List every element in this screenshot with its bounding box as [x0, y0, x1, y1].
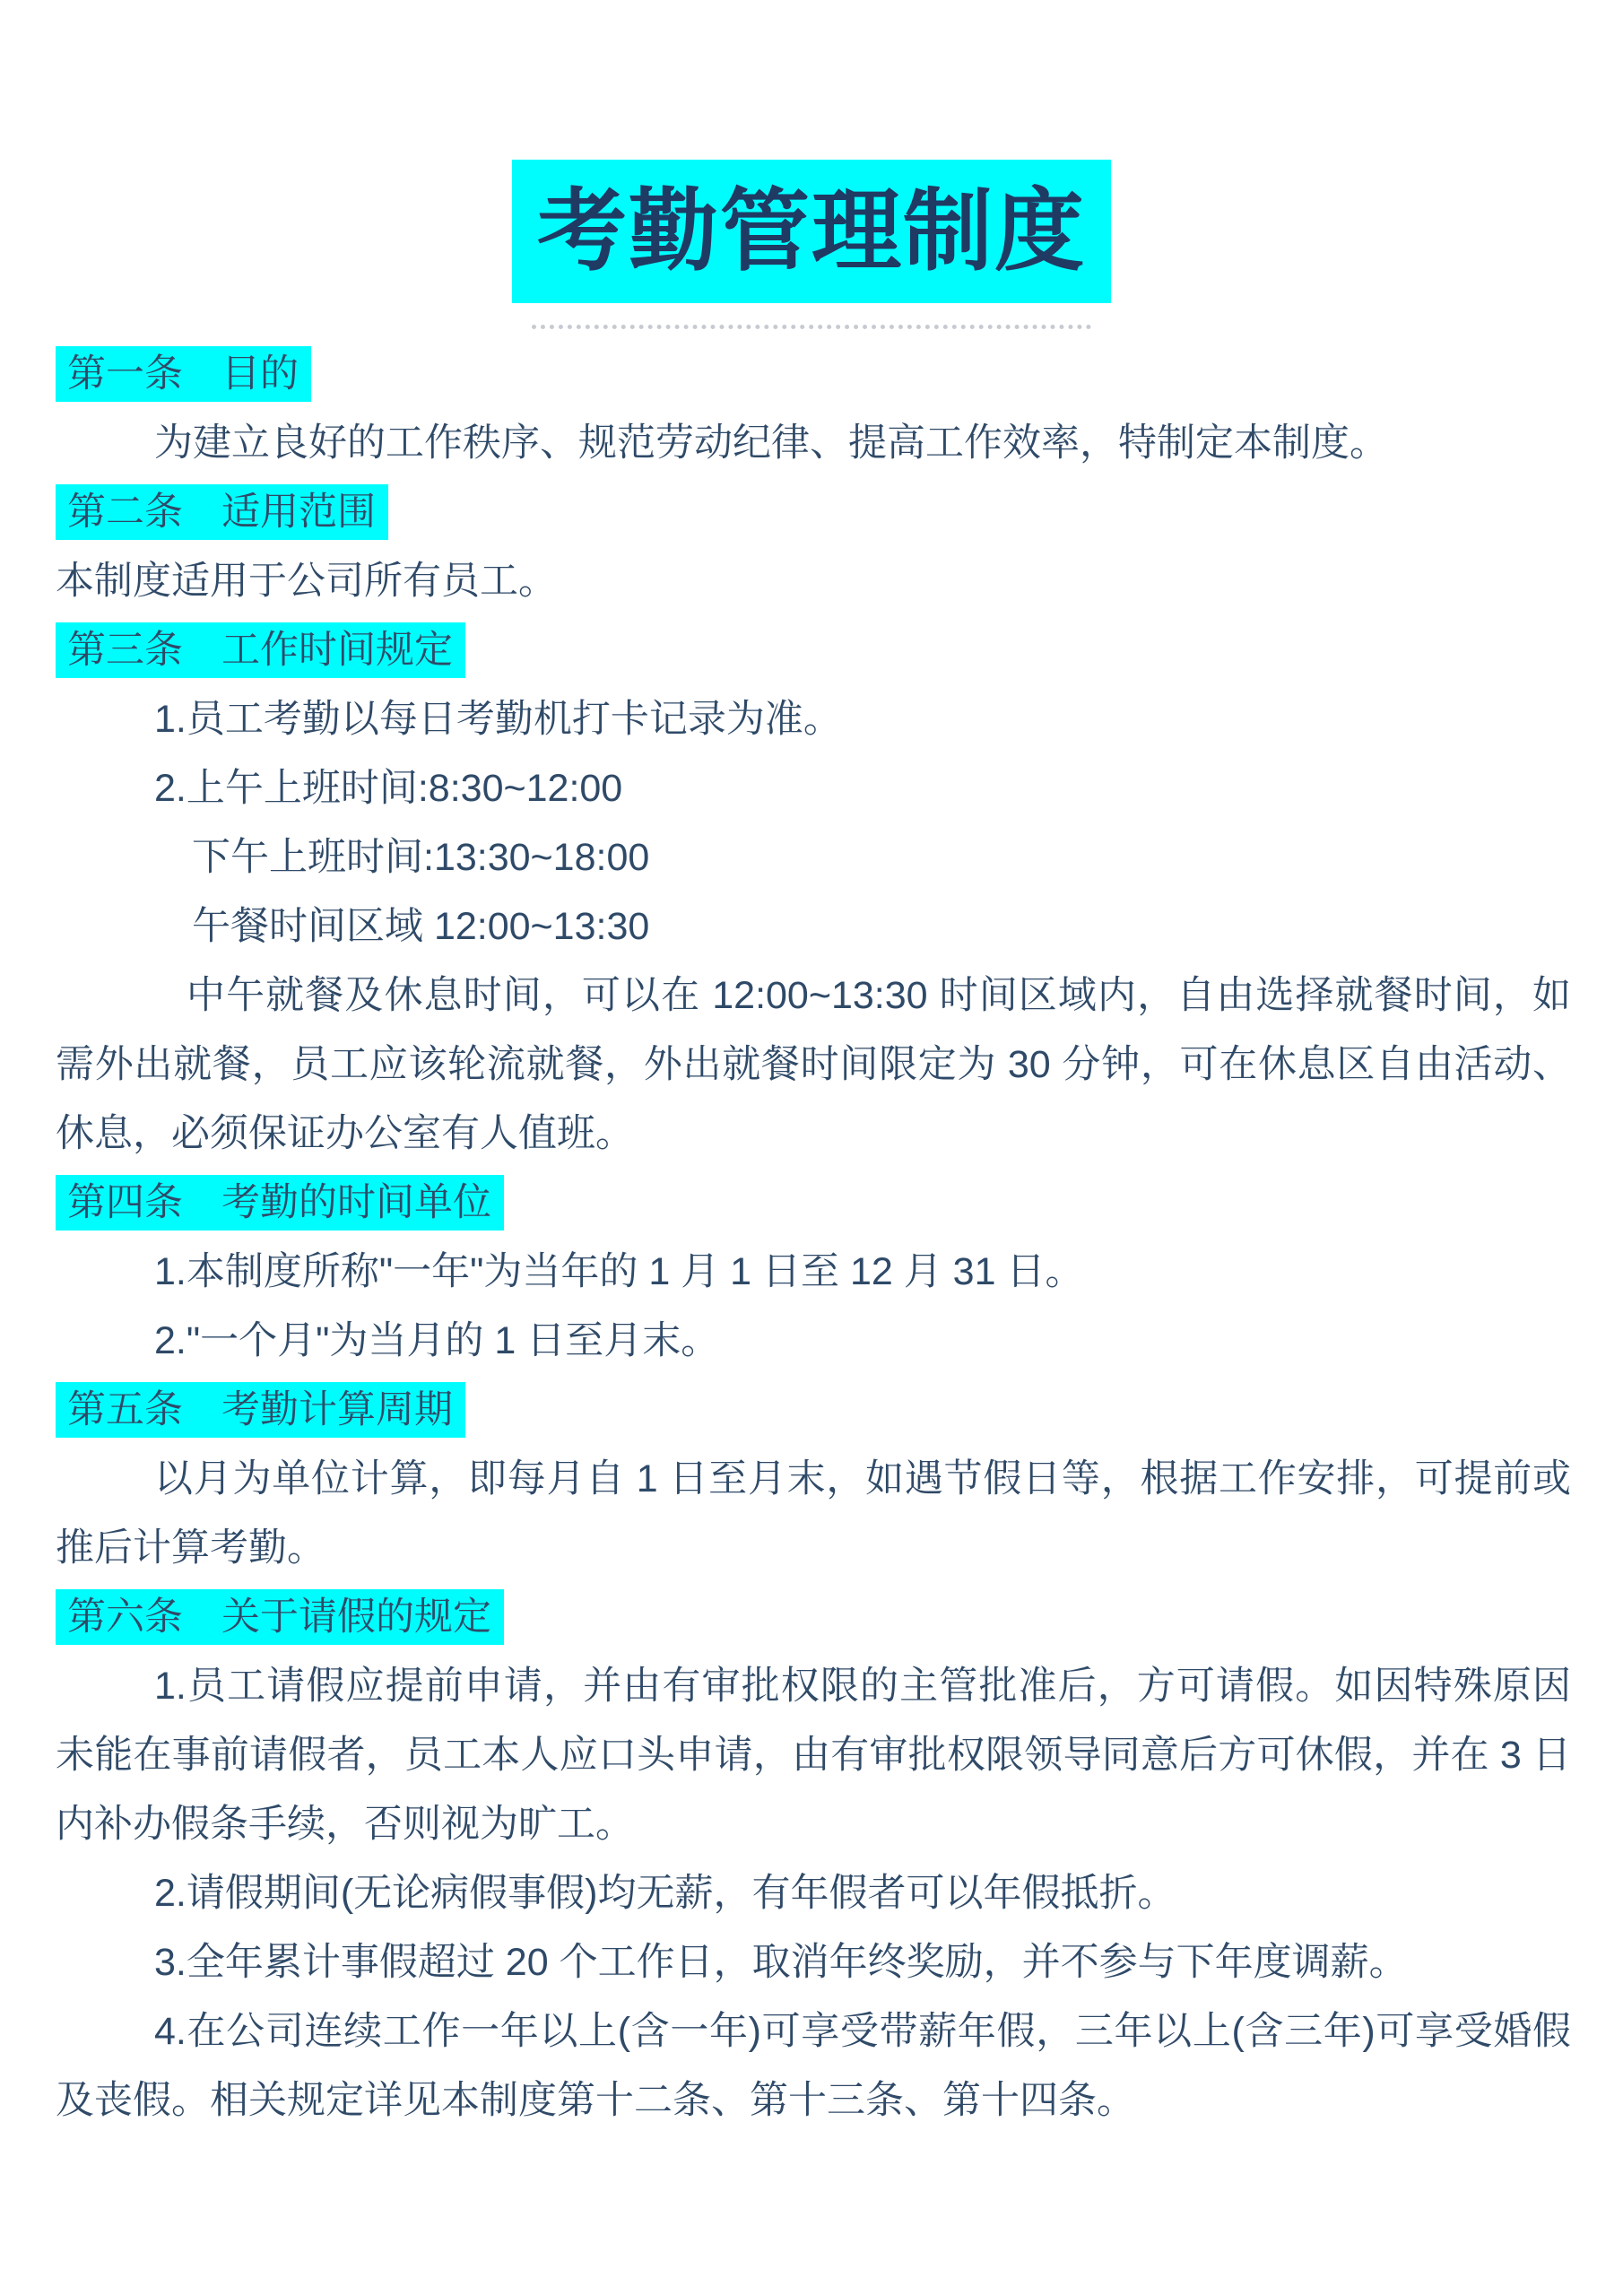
section-heading: 第二条 适用范围	[56, 478, 1571, 547]
paragraph: 4.在公司连续工作一年以上(含一年)可享受带薪年假，三年以上(含三年)可享受婚假…	[56, 1997, 1571, 2135]
paragraph: 2."一个月"为当月的 1 日至月末。	[56, 1307, 1571, 1376]
section-attendance-cycle: 第五条 考勤计算周期 以月为单位计算，即每月自 1 日至月末，如遇节假日等，根据…	[56, 1376, 1571, 1583]
section-leave-rules: 第六条 关于请假的规定 1.员工请假应提前申请，并由有审批权限的主管批准后，方可…	[56, 1583, 1571, 2135]
section-heading: 第四条 考勤的时间单位	[56, 1169, 1571, 1238]
section-purpose: 第一条 目的 为建立良好的工作秩序、规范劳动纪律、提高工作效率，特制定本制度。	[56, 340, 1571, 478]
document-header: 考勤管理制度	[0, 0, 1623, 329]
paragraph: 1.本制度所称"一年"为当年的 1 月 1 日至 12 月 31 日。	[56, 1238, 1571, 1307]
paragraph: 以月为单位计算，即每月自 1 日至月末，如遇节假日等，根据工作安排，可提前或推后…	[56, 1445, 1571, 1583]
section-heading-highlight: 第四条 考勤的时间单位	[56, 1175, 504, 1231]
section-heading: 第五条 考勤计算周期	[56, 1376, 1571, 1445]
attendance-policy-document: 考勤管理制度 第一条 目的 为建立良好的工作秩序、规范劳动纪律、提高工作效率，特…	[0, 0, 1623, 2135]
paragraph: 1.员工请假应提前申请，并由有审批权限的主管批准后，方可请假。如因特殊原因未能在…	[56, 1652, 1571, 1859]
document-body: 第一条 目的 为建立良好的工作秩序、规范劳动纪律、提高工作效率，特制定本制度。 …	[0, 329, 1623, 2135]
section-time-unit: 第四条 考勤的时间单位 1.本制度所称"一年"为当年的 1 月 1 日至 12 …	[56, 1169, 1571, 1376]
section-heading-highlight: 第二条 适用范围	[56, 484, 388, 540]
section-heading: 第三条 工作时间规定	[56, 616, 1571, 685]
page-title: 考勤管理制度	[512, 160, 1111, 303]
paragraph: 1.员工考勤以每日考勤机打卡记录为准。	[56, 685, 1571, 754]
section-heading: 第一条 目的	[56, 340, 1571, 409]
section-heading-highlight: 第五条 考勤计算周期	[56, 1382, 465, 1438]
paragraph: 午餐时间区域 12:00~13:30	[56, 892, 1571, 961]
paragraph: 2.请假期间(无论病假事假)均无薪，有年假者可以年假抵折。	[56, 1859, 1571, 1928]
section-heading-highlight: 第六条 关于请假的规定	[56, 1589, 504, 1645]
section-heading: 第六条 关于请假的规定	[56, 1583, 1571, 1652]
paragraph: 中午就餐及休息时间，可以在 12:00~13:30 时间区域内，自由选择就餐时间…	[56, 961, 1571, 1169]
paragraph: 为建立良好的工作秩序、规范劳动纪律、提高工作效率，特制定本制度。	[56, 409, 1571, 478]
section-heading-highlight: 第三条 工作时间规定	[56, 622, 465, 678]
paragraph: 3.全年累计事假超过 20 个工作日，取消年终奖励，并不参与下年度调薪。	[56, 1928, 1571, 1997]
paragraph: 本制度适用于公司所有员工。	[56, 547, 1571, 616]
paragraph: 2.上午上班时间:8:30~12:00	[56, 754, 1571, 823]
section-heading-highlight: 第一条 目的	[56, 346, 311, 402]
paragraph: 下午上班时间:13:30~18:00	[56, 823, 1571, 892]
section-scope: 第二条 适用范围 本制度适用于公司所有员工。	[56, 478, 1571, 616]
section-working-hours: 第三条 工作时间规定 1.员工考勤以每日考勤机打卡记录为准。 2.上午上班时间:…	[56, 616, 1571, 1169]
